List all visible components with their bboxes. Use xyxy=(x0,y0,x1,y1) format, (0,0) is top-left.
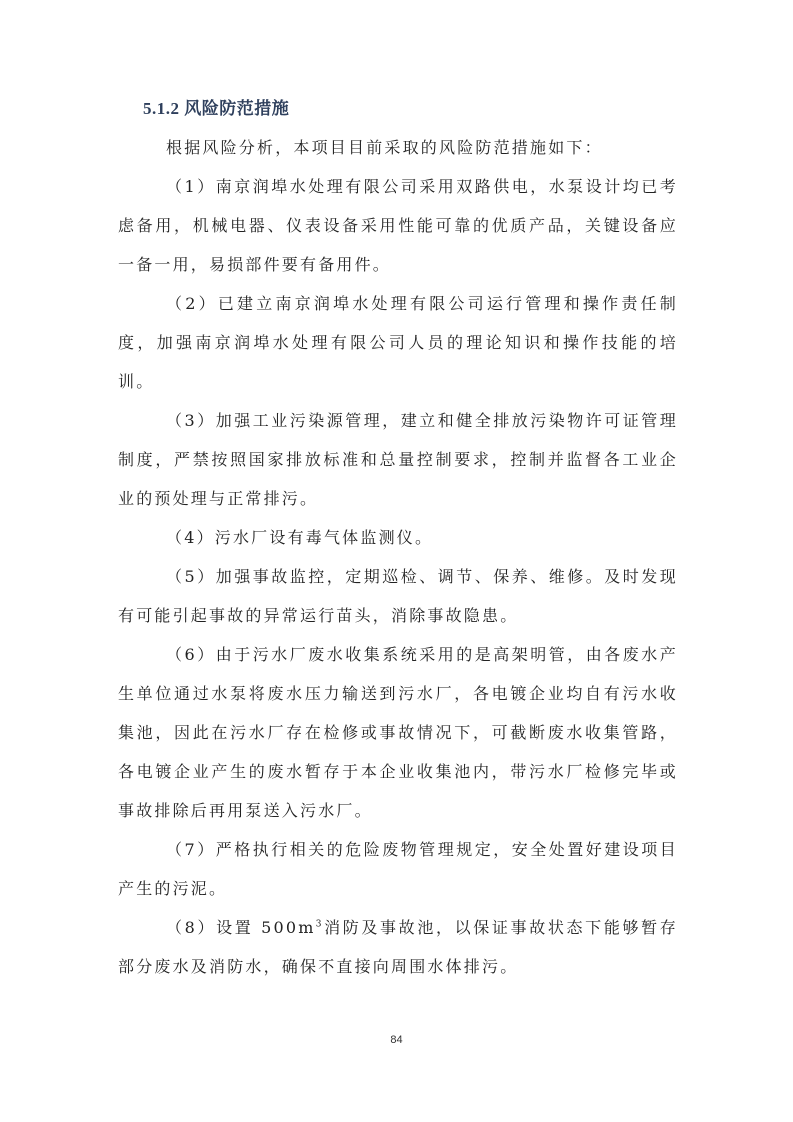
measure-1: （1）南京润埠水处理有限公司采用双路供电，水泵设计均已考虑备用，机械电器、仪表设… xyxy=(118,167,678,284)
measure-5: （5）加强事故监控，定期巡检、调节、保养、维修。及时发现有可能引起事故的异常运行… xyxy=(118,557,678,635)
document-page: 5.1.2 风险防范措施 根据风险分析，本项目目前采取的风险防范措施如下： （1… xyxy=(0,0,793,1122)
page-number: 84 xyxy=(0,1034,793,1046)
measure-7: （7）严格执行相关的危险废物管理规定，安全处置好建设项目产生的污泥。 xyxy=(118,830,678,908)
measure-6: （6）由于污水厂废水收集系统采用的是高架明管，由各废水产生单位通过水泵将废水压力… xyxy=(118,635,678,830)
measure-4: （4）污水厂设有毒气体监测仪。 xyxy=(118,518,678,557)
section-heading: 5.1.2 风险防范措施 xyxy=(143,94,289,119)
measure-8-before: （8）设置 500m xyxy=(166,918,316,937)
superscript-3: 3 xyxy=(316,920,324,930)
measure-3: （3）加强工业污染源管理，建立和健全排放污染物许可证管理制度，严禁按照国家排放标… xyxy=(118,401,678,518)
body-text: 根据风险分析，本项目目前采取的风险防范措施如下： （1）南京润埠水处理有限公司采… xyxy=(118,128,678,986)
intro-paragraph: 根据风险分析，本项目目前采取的风险防范措施如下： xyxy=(118,128,678,167)
measure-2: （2）已建立南京润埠水处理有限公司运行管理和操作责任制度，加强南京润埠水处理有限… xyxy=(118,284,678,401)
measure-8: （8）设置 500m3消防及事故池，以保证事故状态下能够暂存部分废水及消防水，确… xyxy=(118,908,678,986)
